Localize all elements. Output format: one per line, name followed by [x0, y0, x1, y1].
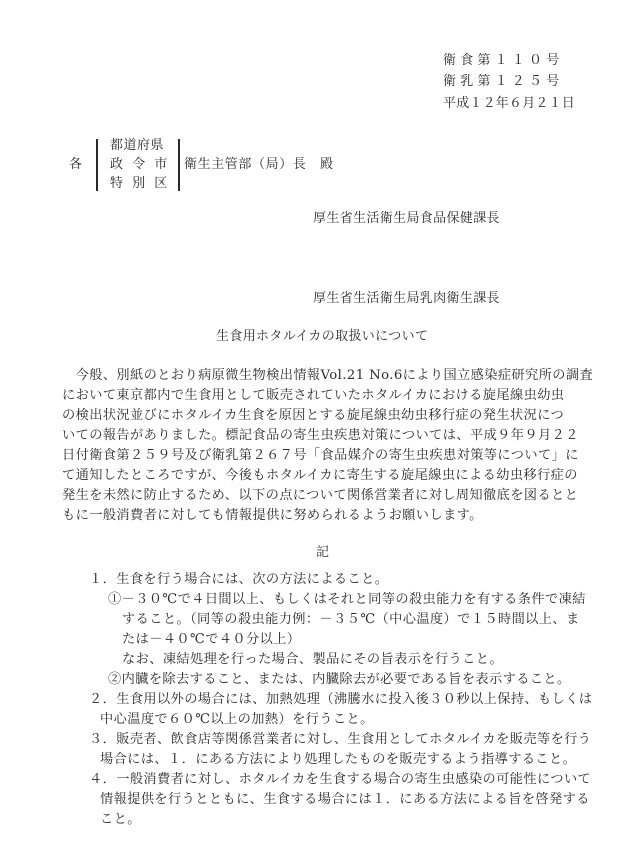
document-date: 平成１２年６月２１日	[443, 95, 575, 113]
jurisdiction-designated-cities: 政 令 市	[110, 156, 170, 174]
body-line: の検出状況並びにホタルイカ生食を原因とする旋尾線虫幼虫移行症の発生状況につ	[62, 407, 564, 425]
sender-food-health-division: 厚生省生活衛生局食品保健課長	[313, 210, 500, 228]
bracket-line-right	[178, 139, 180, 191]
body-line: て通知したところですが、今後もホタルイカに寄生する旋尾線虫による幼虫移行症の	[62, 467, 578, 485]
list-item: ①－３０℃で４日間以上、もしくはそれと同等の殺虫能力を有する条件で凍結	[108, 591, 586, 609]
list-item: １．生食を行う場合には、次の方法によること。	[89, 571, 388, 589]
body-line: において東京都内で生食用として販売されていたホタルイカにおける旋尾線虫幼虫	[62, 387, 564, 405]
reference-number-1: 衛食第１１０号	[443, 52, 563, 70]
list-item: なお、凍結処理を行った場合、製品にその旨表示を行うこと。	[122, 651, 503, 669]
body-line: いての報告がありました。標記食品の寄生虫疾患対策については、平成９年９月２２	[62, 427, 579, 445]
body-line: 日付衛食第２５９号及び衛乳第２６７号「食品媒介の寄生虫疾患対策等について」に	[62, 447, 579, 465]
body-line: 今般、別紙のとおり病原微生物検出情報Vol.21 No.6により国立感染症研究所…	[62, 367, 593, 385]
body-line: 発生を未然に防止するため、以下の点について関係営業者に対し周知徹底を図るとと	[62, 487, 578, 505]
list-item: ２．生食用以外の場合には、加熱処理（沸騰水に投入後３０秒以上保持、もしくは	[89, 691, 592, 709]
addressee-prefix: 各	[69, 156, 82, 174]
bracket-line-left	[96, 139, 98, 191]
body-line: もに一般消費者に対しても情報提供に努められるようお願いします。	[62, 507, 483, 525]
list-item: たは－４０℃で４０分以上）	[122, 631, 300, 649]
list-item: すること。（同等の殺虫能力例：－３５℃（中心温度）で１５時間以上、ま	[122, 611, 580, 629]
list-item: ３．販売者、飲食店等関係営業者に対し、生食用としてホタルイカを販売等を行う	[89, 731, 591, 749]
jurisdiction-special-wards: 特 別 区	[110, 175, 170, 193]
list-item: 中心温度で６０℃以上の加熱）を行うこと。	[100, 711, 374, 729]
reference-number-2: 衛乳第１２５号	[443, 73, 563, 91]
jurisdiction-prefectures: 都道府県	[110, 137, 164, 155]
document-title: 生食用ホタルイカの取扱いについて	[216, 328, 428, 346]
list-item: ４．一般消費者に対し、ホタルイカを生食する場合の寄生虫感染の可能性について	[89, 771, 591, 789]
ki-label: 記	[316, 544, 329, 562]
sender-meat-milk-division: 厚生省生活衛生局乳肉衛生課長	[313, 290, 500, 308]
list-item: 場合には、１．にある方法により処理したものを販売するよう指導すること。	[100, 751, 576, 769]
addressee-recipient: 衛生主管部（局）長 殿	[184, 156, 334, 174]
list-item: 情報提供を行うとともに、生食する場合には１．にある方法による旨を啓発する	[100, 791, 590, 809]
list-item: ②内臓を除去すること、または、内臓除去が必要である旨を表示すること。	[108, 671, 571, 689]
list-item: こと。	[100, 811, 141, 829]
